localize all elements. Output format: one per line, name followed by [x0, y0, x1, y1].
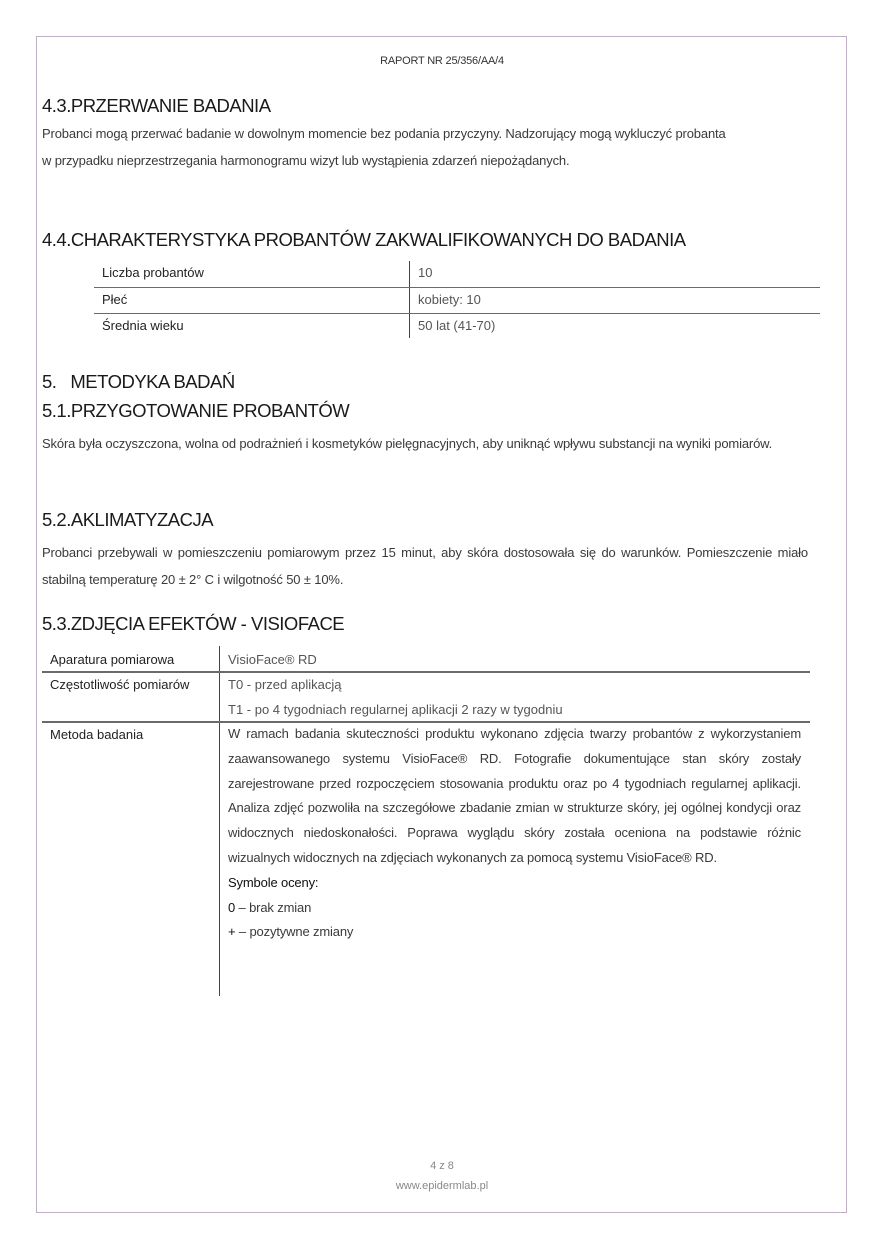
method-label: Metoda badania [50, 727, 143, 742]
row-value: 10 [418, 265, 432, 280]
table-rule [42, 671, 810, 673]
row-value: 50 lat (41-70) [418, 318, 495, 333]
apparatus-value: VisioFace® RD [228, 652, 317, 667]
row-label: Średnia wieku [102, 318, 184, 333]
table-row: Średnia wieku 50 lat (41-70) [94, 313, 820, 340]
page-number: 4 z 8 [0, 1160, 884, 1172]
row-label: Płeć [102, 292, 127, 307]
section-4-3-text: Probanci mogą przerwać badanie w dowolny… [42, 120, 808, 174]
table-divider [219, 646, 220, 996]
frequency-label: Częstotliwość pomiarów [50, 677, 189, 692]
section-4-3-line-2: w przypadku nieprzestrzegania harmonogra… [42, 147, 808, 174]
symbol-meaning: – pozytywne zmiany [235, 924, 353, 939]
participants-table: Liczba probantów 10 Płeć kobiety: 10 Śre… [94, 261, 820, 340]
row-label: Liczba probantów [102, 265, 204, 280]
frequency-t0: T0 - przed aplikacją [228, 677, 341, 692]
heading-5-1: 5.1.PRZYGOTOWANIE PROBANTÓW [42, 400, 349, 422]
method-text: W ramach badania skuteczności produktu w… [228, 722, 801, 871]
method-description: W ramach badania skuteczności produktu w… [228, 722, 801, 945]
symbol-item: 0 – brak zmian [228, 896, 801, 921]
section-5-2-text: Probanci przebywali w pomieszczeniu pomi… [42, 539, 808, 593]
section-4-3-line-1: Probanci mogą przerwać badanie w dowolny… [42, 120, 808, 147]
report-number-header: RAPORT NR 25/356/AA/4 [0, 55, 884, 67]
symbols-title: Symbole oceny: [228, 871, 801, 896]
symbol-meaning: – brak zmian [235, 900, 311, 915]
frequency-t1: T1 - po 4 tygodniach regularnej aplikacj… [228, 702, 563, 717]
heading-4-4: 4.4.CHARAKTERYSTYKA PROBANTÓW ZAKWALIFIK… [42, 229, 686, 251]
heading-4-3: 4.3.PRZERWANIE BADANIA [42, 95, 271, 117]
heading-5-3: 5.3.ZDJĘCIA EFEKTÓW - VISIOFACE [42, 613, 344, 635]
website-link[interactable]: www.epidermlab.pl [0, 1180, 884, 1192]
apparatus-label: Aparatura pomiarowa [50, 652, 174, 667]
heading-5: 5. METODYKA BADAŃ [42, 371, 235, 393]
heading-5-2: 5.2.AKLIMATYZACJA [42, 509, 213, 531]
table-row: Liczba probantów 10 [94, 261, 820, 287]
section-5-1-text: Skóra była oczyszczona, wolna od podrażn… [42, 430, 808, 457]
row-value: kobiety: 10 [418, 292, 481, 307]
table-row: Płeć kobiety: 10 [94, 287, 820, 314]
symbol-item: + – pozytywne zmiany [228, 920, 801, 945]
